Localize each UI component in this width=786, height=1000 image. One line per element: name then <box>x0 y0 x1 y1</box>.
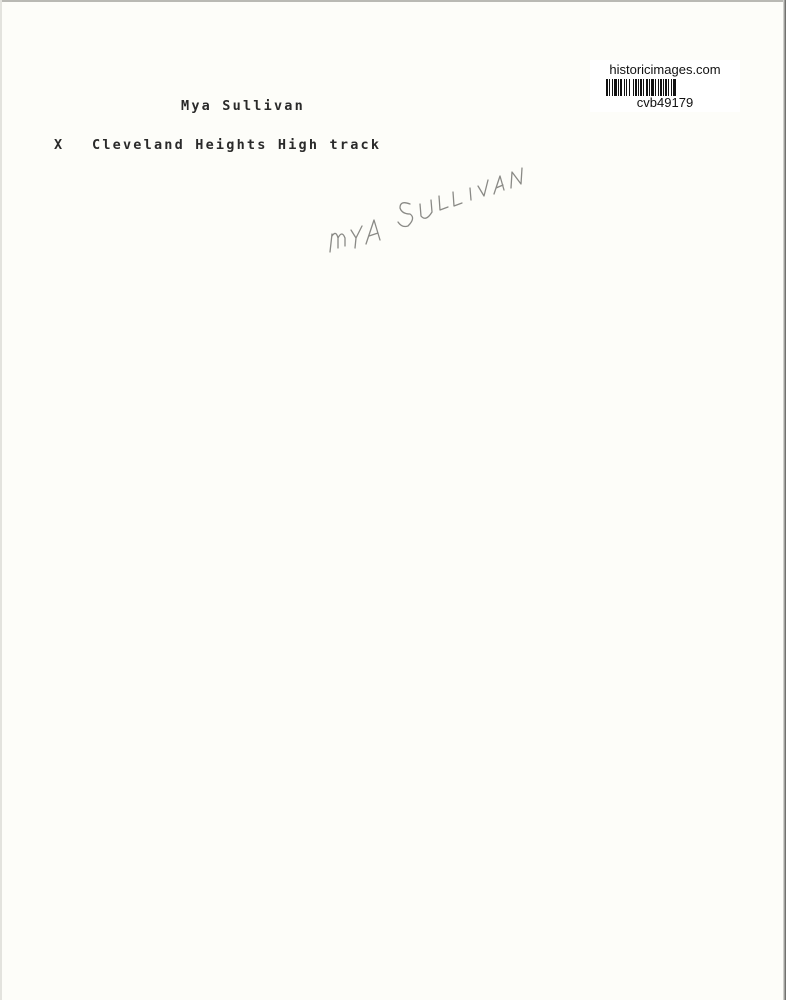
stamp-id: cvb49179 <box>590 96 740 110</box>
document-caption: Cleveland Heights High track <box>92 137 381 153</box>
page-edge-left <box>0 0 2 1000</box>
barcode-icon <box>606 79 724 96</box>
page-edge-top <box>0 0 786 2</box>
archive-stamp: historicimages.com cvb49179 <box>590 60 740 112</box>
handwritten-note <box>318 160 548 260</box>
document-title: Mya Sullivan <box>181 98 305 114</box>
caption-marker: X <box>54 137 64 153</box>
stamp-site: historicimages.com <box>590 62 740 77</box>
